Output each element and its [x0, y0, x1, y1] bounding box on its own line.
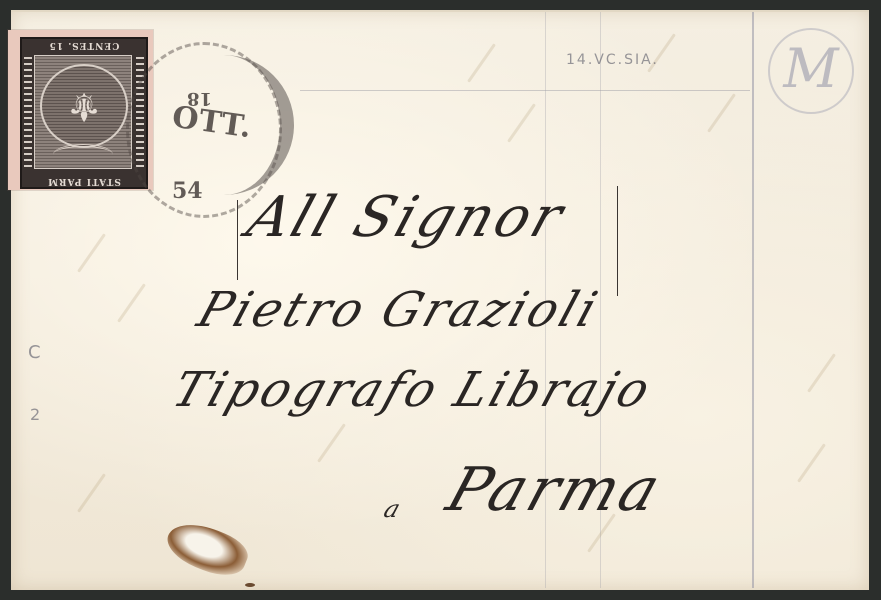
address-line-name: Pietro Grazioli	[191, 282, 607, 338]
pencil-margin-note: C	[28, 342, 41, 363]
stamp-oval: ⚜	[40, 64, 128, 148]
monogram-emblem: M	[768, 28, 854, 114]
address-line-salutation: All Signor	[239, 185, 573, 250]
stamp-country-text: STATI PARM	[22, 176, 146, 186]
ruled-line-horizontal	[300, 90, 750, 91]
crown-icon	[53, 144, 113, 165]
greek-key-border	[24, 55, 32, 167]
ruled-line-vertical-margin	[752, 12, 754, 588]
ink-guide-line	[617, 186, 618, 296]
fleur-de-lis-icon: ⚜	[42, 84, 126, 128]
address-line-occupation: Tipografo Librajo	[166, 362, 660, 418]
address-line-city: Parma	[439, 455, 672, 525]
pencil-reference-note: 14.VC.SIA.	[566, 52, 659, 68]
ink-guide-line	[237, 200, 238, 280]
pencil-margin-note: 2	[30, 405, 40, 424]
burn-speck	[245, 583, 255, 587]
stamp-value-text: CENTES. 15	[22, 40, 146, 50]
fold-edge	[11, 10, 869, 12]
postmark-year: 54	[172, 178, 203, 204]
stamp-center-frame: ⚜	[34, 55, 132, 169]
